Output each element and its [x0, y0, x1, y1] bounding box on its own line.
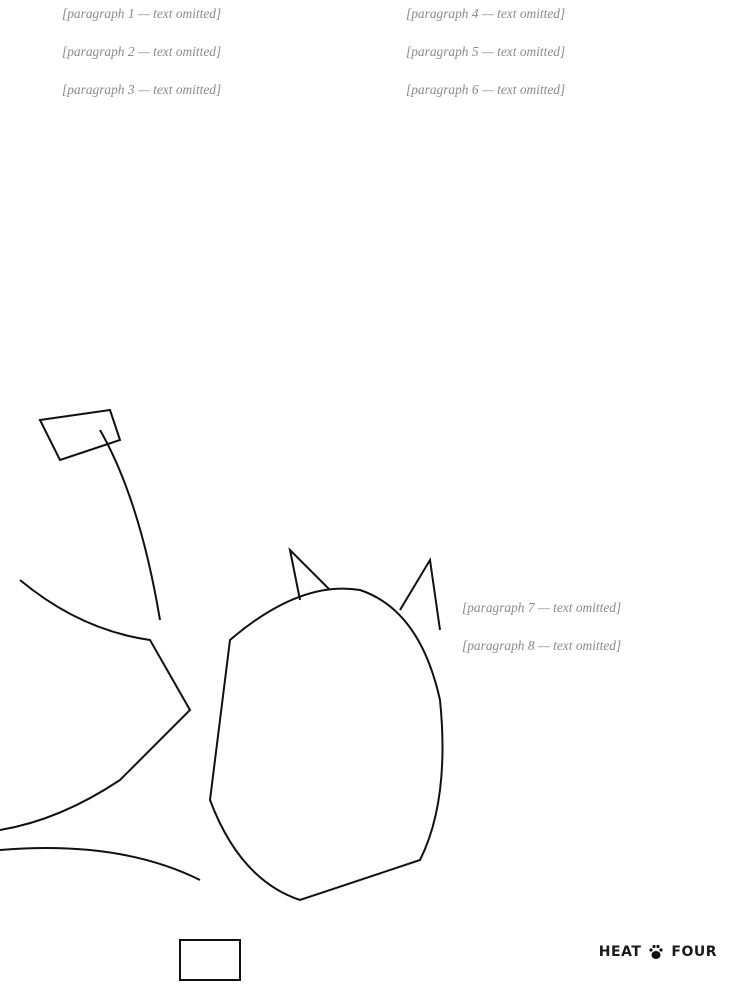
right-text-column: [paragraph 4 — text omitted] [paragraph …	[406, 4, 716, 118]
running-footer: HEAT FOUR	[599, 944, 717, 960]
paragraph: [paragraph 6 — text omitted]	[406, 80, 716, 99]
footer-title-left: HEAT	[599, 944, 642, 960]
paragraph: [paragraph 1 — text omitted]	[62, 4, 368, 23]
paragraph: [paragraph 3 — text omitted]	[62, 80, 368, 99]
paragraph: [paragraph 5 — text omitted]	[406, 42, 716, 61]
footer-title-right: FOUR	[671, 944, 717, 960]
paragraph: [paragraph 4 — text omitted]	[406, 4, 716, 23]
paragraph: [paragraph 2 — text omitted]	[62, 42, 368, 61]
left-text-column: [paragraph 1 — text omitted] [paragraph …	[62, 4, 368, 118]
paw-print-icon	[649, 944, 663, 960]
paragraph: [paragraph 8 — text omitted]	[462, 636, 716, 655]
right-lower-text-column: [paragraph 7 — text omitted] [paragraph …	[462, 598, 716, 674]
paragraph: [paragraph 7 — text omitted]	[462, 598, 716, 617]
ink-illustration	[0, 380, 470, 1000]
